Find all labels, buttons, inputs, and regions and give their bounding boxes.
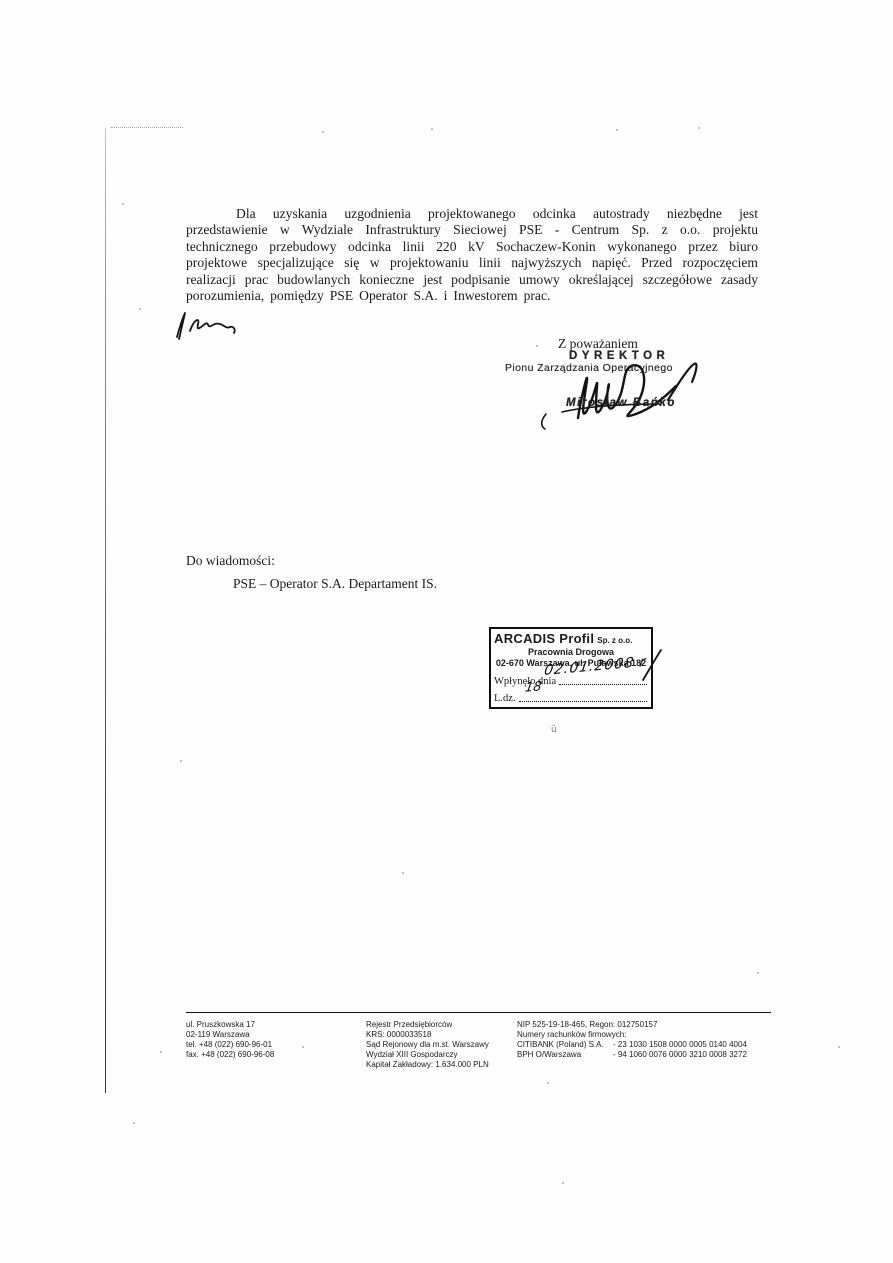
cc-recipient: PSE – Operator S.A. Departament IS.: [233, 576, 437, 592]
signer-name: Mirosław Bańko: [566, 397, 676, 409]
footer-line: ul. Pruszkowska 17: [186, 1020, 274, 1030]
footer-address-column: ul. Pruszkowska 17 02-119 Warszawa tel. …: [186, 1020, 274, 1060]
scan-fold-line: [111, 127, 183, 128]
bank-account-number: - 23 1030 1508 0000 0005 0140 4004: [613, 1040, 747, 1050]
letter-body-paragraph: Dla uzyskania uzgodnienia projektowanego…: [186, 206, 758, 304]
footer-line: Rejestr Przedsiębiorców: [366, 1020, 489, 1030]
bank-account-row: BPH O/Warszawa - 94 1060 0076 0000 3210 …: [517, 1050, 747, 1060]
scan-speck: [838, 1046, 840, 1048]
stamp-ldz-label: L.dz.: [494, 693, 516, 704]
scan-speck: [402, 872, 404, 874]
signature-scribble: [548, 354, 700, 424]
stamp-company-name: ARCADIS Profil: [494, 631, 594, 646]
scan-speck: [616, 129, 618, 131]
scan-speck: [547, 1082, 549, 1084]
scan-speck: [562, 1182, 564, 1184]
scan-speck: [698, 127, 700, 129]
handwritten-ldz-number: 18: [524, 679, 543, 695]
pen-mark: [537, 412, 551, 432]
bank-account-number: - 94 1060 0076 0000 3210 0008 3272: [613, 1050, 747, 1060]
scan-speck: [536, 345, 538, 347]
footer-line: Kapitał Zakładowy: 1.634.000 PLN: [366, 1060, 489, 1070]
cc-label: Do wiadomości:: [186, 553, 275, 569]
scan-artifact-mark: ü: [551, 725, 557, 735]
scan-speck: [160, 1051, 162, 1053]
footer-registry-column: Rejestr Przedsiębiorców KRS: 0000033518 …: [366, 1020, 489, 1070]
bank-name: BPH O/Warszawa: [517, 1050, 613, 1060]
scan-speck: [322, 131, 324, 133]
handwritten-initials: [170, 309, 242, 347]
scan-speck: [757, 972, 759, 974]
scan-speck: [180, 760, 182, 762]
scanned-letter-page: { "letter": { "paragraph": "Dla uzyskani…: [0, 0, 893, 1263]
scan-speck: [122, 203, 124, 205]
bank-name: CITIBANK (Poland) S.A.: [517, 1040, 613, 1050]
footer-line: fax. +48 (022) 690-96-08: [186, 1050, 274, 1060]
footer-line: Wydział XIII Gospodarczy: [366, 1050, 489, 1060]
footer-line: 02-119 Warszawa: [186, 1030, 274, 1040]
footer-tax-bank-column: NIP 525-19-18-465, Regon: 012750157 Nume…: [517, 1020, 747, 1060]
scan-speck: [133, 1122, 135, 1124]
footer-divider: [186, 1012, 771, 1013]
footer-line: NIP 525-19-18-465, Regon: 012750157: [517, 1020, 747, 1030]
footer-line: KRS: 0000033518: [366, 1030, 489, 1040]
bank-account-row: CITIBANK (Poland) S.A. - 23 1030 1508 00…: [517, 1040, 747, 1050]
stamp-company-suffix: Sp. z o.o.: [597, 636, 632, 645]
scan-edge-line: [105, 128, 106, 1093]
footer-line: Sąd Rejonowy dla m.st. Warszawy: [366, 1040, 489, 1050]
scan-speck: [302, 1046, 304, 1048]
footer-line: Numery rachunków firmowych:: [517, 1030, 747, 1040]
scan-speck: [139, 308, 141, 310]
pen-stroke-over-stamp: [641, 648, 663, 682]
scan-speck: [431, 128, 433, 130]
footer-line: tel. +48 (022) 690-96-01: [186, 1040, 274, 1050]
